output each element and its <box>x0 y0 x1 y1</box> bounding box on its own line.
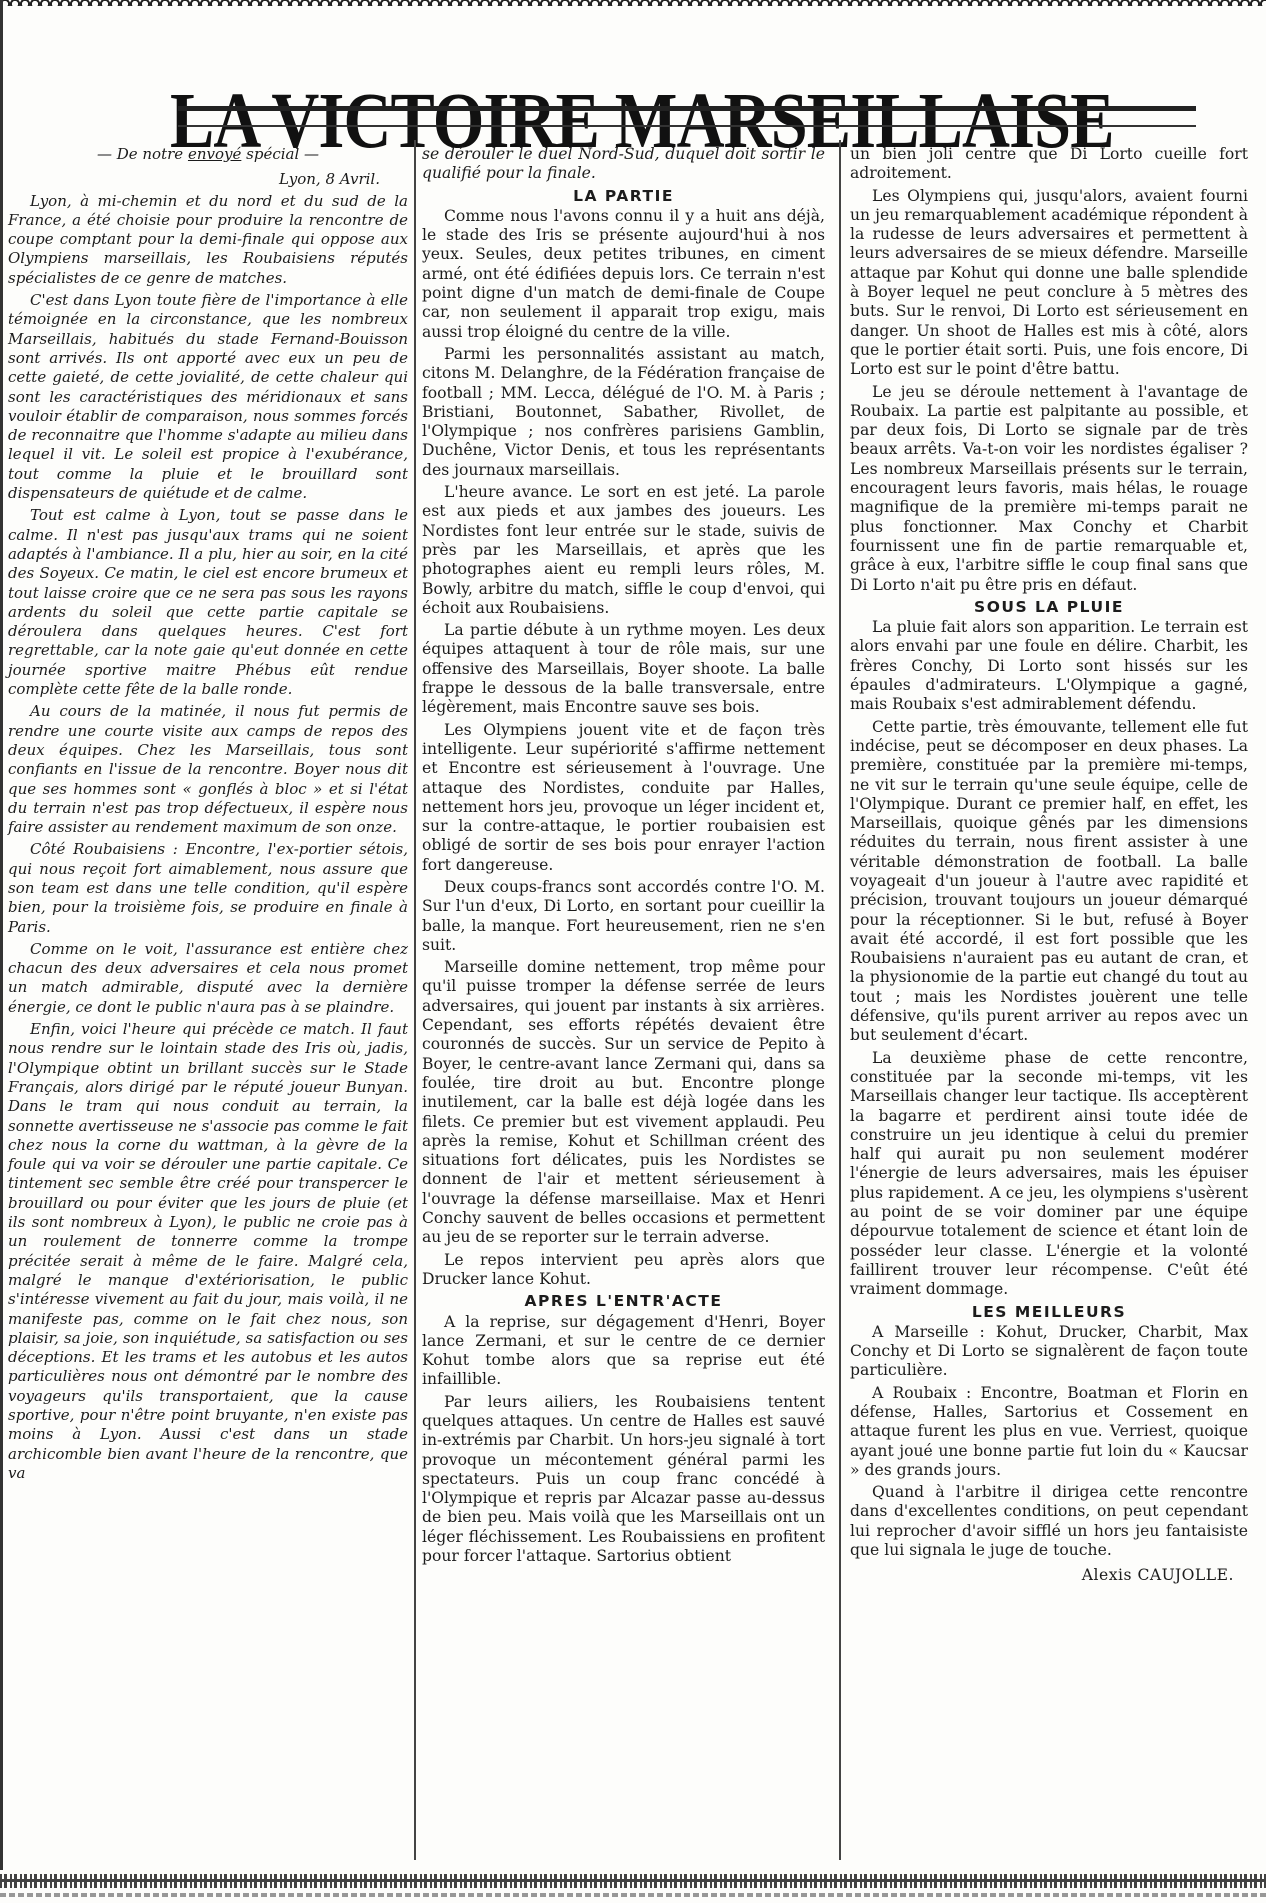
paragraph: Par leurs ailiers, les Roubaisiens tente… <box>422 1393 825 1567</box>
bottom-edge-text-fragment <box>0 1893 1266 1897</box>
byline-text: De notre <box>117 145 183 163</box>
paragraph: La pluie fait alors son apparition. Le t… <box>850 618 1248 714</box>
paragraph: Comme nous l'avons connu il y a huit ans… <box>422 207 825 342</box>
column-separator <box>839 140 841 1860</box>
paragraph: Côté Roubaisiens : Encontre, l'ex-portie… <box>8 840 408 936</box>
greek-key-border-bottom <box>0 1874 1266 1888</box>
section-heading: SOUS LA PLUIE <box>850 598 1248 617</box>
paragraph: Parmi les personnalités assistant au mat… <box>422 345 825 480</box>
paragraph: Les Olympiens jouent vite et de façon tr… <box>422 721 825 875</box>
paragraph: Deux coups-francs sont accordés contre l… <box>422 878 825 955</box>
paragraph: C'est dans Lyon toute fière de l'importa… <box>8 291 408 503</box>
paragraph: Enfin, voici l'heure qui précède ce matc… <box>8 1020 408 1483</box>
paragraph: L'heure avance. Le sort en est jeté. La … <box>422 483 825 618</box>
paragraph: La partie débute à un rythme moyen. Les … <box>422 621 825 717</box>
column-middle: se dérouler le duel Nord-Sud, duquel doi… <box>422 145 825 1569</box>
section-heading: LES MEILLEURS <box>850 1303 1248 1322</box>
paragraph: A la reprise, sur dégagement d'Henri, Bo… <box>422 1313 825 1390</box>
paragraph: La deuxième phase de cette rencontre, co… <box>850 1049 1248 1300</box>
paragraph: Comme on le voit, l'assurance est entièr… <box>8 940 408 1017</box>
left-border-rule <box>0 0 3 1870</box>
paragraph: Tout est calme à Lyon, tout se passe dan… <box>8 506 408 699</box>
column-right: un bien joli centre que Di Lorto cueille… <box>850 145 1248 1586</box>
paragraph: A Roubaix : Encontre, Boatman et Florin … <box>850 1384 1248 1480</box>
byline: — De notre envoyé spécial — <box>8 145 408 164</box>
section-heading: APRES L'ENTR'ACTE <box>422 1292 825 1311</box>
paragraph: Au cours de la matinée, il nous fut perm… <box>8 702 408 837</box>
column-left: — De notre envoyé spécial — Lyon, 8 Avri… <box>8 145 408 1486</box>
paragraph-continued: se dérouler le duel Nord-Sud, duquel doi… <box>422 145 825 184</box>
byline-dash: — <box>304 145 319 163</box>
paragraph: Le repos intervient peu après alors que … <box>422 1251 825 1290</box>
paragraph: Le jeu se déroule nettement à l'avantage… <box>850 383 1248 595</box>
author-signature: Alexis CAUJOLLE. <box>850 1566 1234 1585</box>
byline-dash: — <box>97 145 112 163</box>
wavy-border-top <box>0 0 1266 12</box>
paragraph: A Marseille : Kohut, Drucker, Charbit, M… <box>850 1323 1248 1381</box>
paragraph: Quand à l'arbitre il dirigea cette renco… <box>850 1483 1248 1560</box>
paragraph-continued: un bien joli centre que Di Lorto cueille… <box>850 145 1248 184</box>
paragraph: Cette partie, très émouvante, tellement … <box>850 718 1248 1046</box>
headline-double-rule <box>178 106 1196 127</box>
section-heading: LA PARTIE <box>422 187 825 206</box>
paragraph: Lyon, à mi-chemin et du nord et du sud d… <box>8 192 408 288</box>
paragraph: Marseille domine nettement, trop même po… <box>422 958 825 1247</box>
byline-underlined: envoyé <box>188 145 241 163</box>
paragraph: Les Olympiens qui, jusqu'alors, avaient … <box>850 187 1248 380</box>
column-separator <box>414 140 416 1860</box>
dateline: Lyon, 8 Avril. <box>8 170 380 189</box>
byline-text: spécial <box>246 145 299 163</box>
